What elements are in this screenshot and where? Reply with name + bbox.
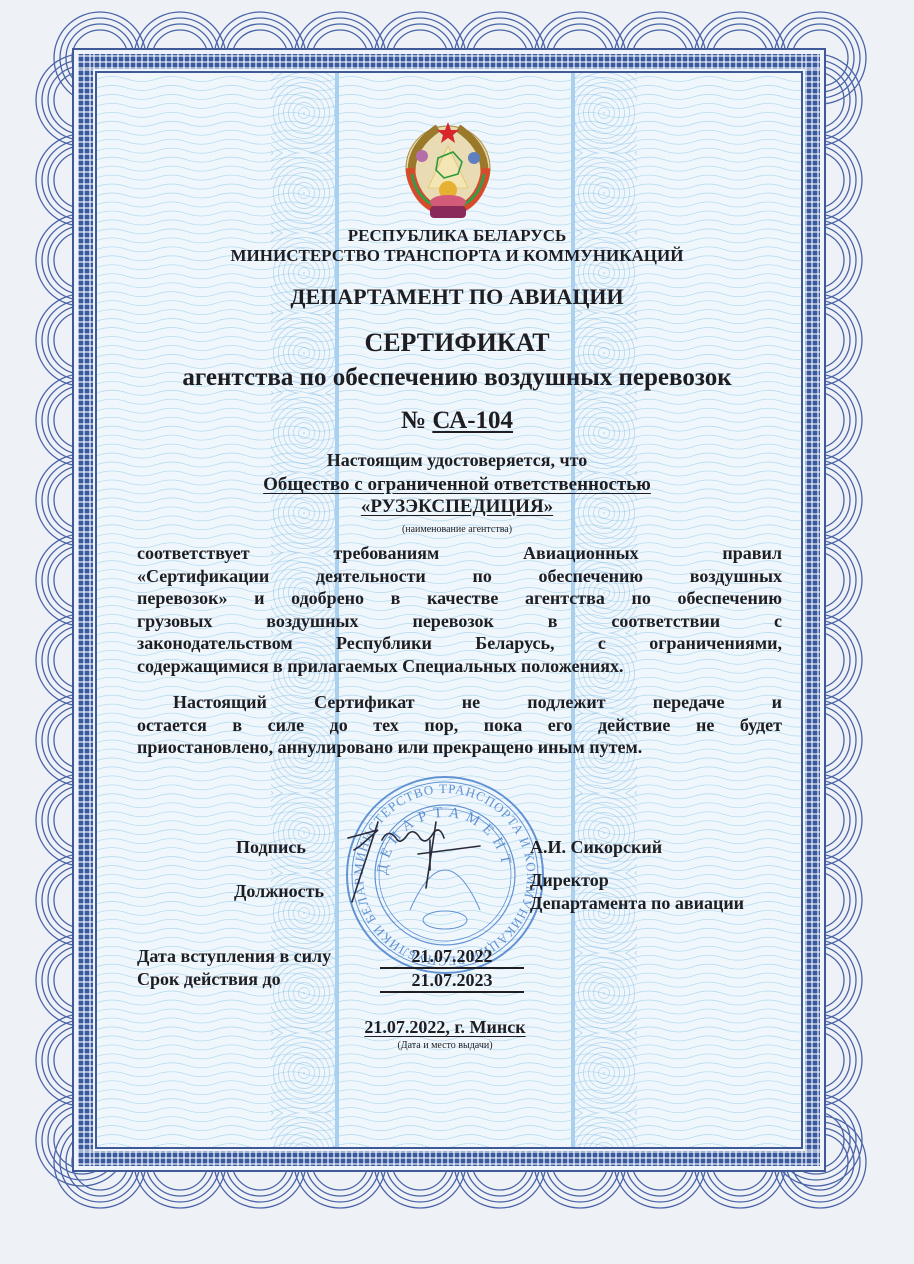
certificate-page: РЕСПУБЛИКА БЕЛАРУСЬ МИНИСТЕРСТВО ТРАНСПО… [0, 0, 914, 1264]
handwritten-signature [330, 810, 500, 905]
issue-date-place: 21.07.2022, г. Минск [340, 1017, 550, 1038]
holder-name-line2: «РУЗЭКСПЕДИЦИЯ» [0, 496, 914, 518]
position-label: Должность [234, 881, 324, 902]
expiry-date-value: 21.07.2023 [380, 970, 524, 993]
number-value: СА-104 [432, 407, 513, 434]
paragraph-line: содержащимися в прилагаемых Специальных … [137, 655, 782, 678]
republic-heading: РЕСПУБЛИКА БЕЛАРУСЬ [0, 226, 914, 246]
certificate-number: № СА-104 [0, 407, 914, 435]
position-title: Директор [530, 870, 609, 891]
holder-caption: (наименование агентства) [0, 524, 914, 535]
position-department: Департамента по авиации [530, 893, 744, 914]
paragraph-line: перевозок» и одобрено в качестве агентст… [137, 587, 782, 610]
signatory-name: А.И. Сикорский [530, 837, 662, 858]
validity-paragraph: Настоящий Сертификат не подлежит передач… [137, 691, 782, 759]
number-sign: № [401, 407, 426, 434]
certification-intro: Настоящим удостоверяется, что [0, 450, 914, 471]
paragraph-line: грузовых воздушных перевозок в соответст… [137, 610, 782, 633]
issue-caption: (Дата и место выдачи) [340, 1040, 550, 1051]
paragraph-line: Настоящий Сертификат не подлежит передач… [137, 691, 782, 714]
paragraph-line: приостановлено, аннулировано или прекращ… [137, 736, 782, 759]
effective-date-label: Дата вступления в силу [137, 946, 331, 967]
paragraph-line: соответствует требованиям Авиационных пр… [137, 542, 782, 565]
ministry-heading: МИНИСТЕРСТВО ТРАНСПОРТА И КОММУНИКАЦИЙ [0, 246, 914, 266]
compliance-paragraph: соответствует требованиям Авиационных пр… [137, 542, 782, 678]
department-heading: ДЕПАРТАМЕНТ ПО АВИАЦИИ [0, 284, 914, 310]
paragraph-line: законодательством Республики Беларусь, с… [137, 632, 782, 655]
effective-date-value: 21.07.2022 [380, 946, 524, 969]
belarus-coat-of-arms-icon [398, 118, 498, 222]
paragraph-line: остается в силе до тех пор, пока его дей… [137, 714, 782, 737]
holder-name-line1: Общество с ограниченной ответственностью [0, 474, 914, 496]
signature-label: Подпись [236, 837, 306, 858]
certificate-subtitle: агентства по обеспечению воздушных перев… [0, 364, 914, 392]
paragraph-line: «Сертификации деятельности по обеспечени… [137, 565, 782, 588]
expiry-date-label: Срок действия до [137, 969, 281, 990]
certificate-title: СЕРТИФИКАТ [0, 328, 914, 358]
